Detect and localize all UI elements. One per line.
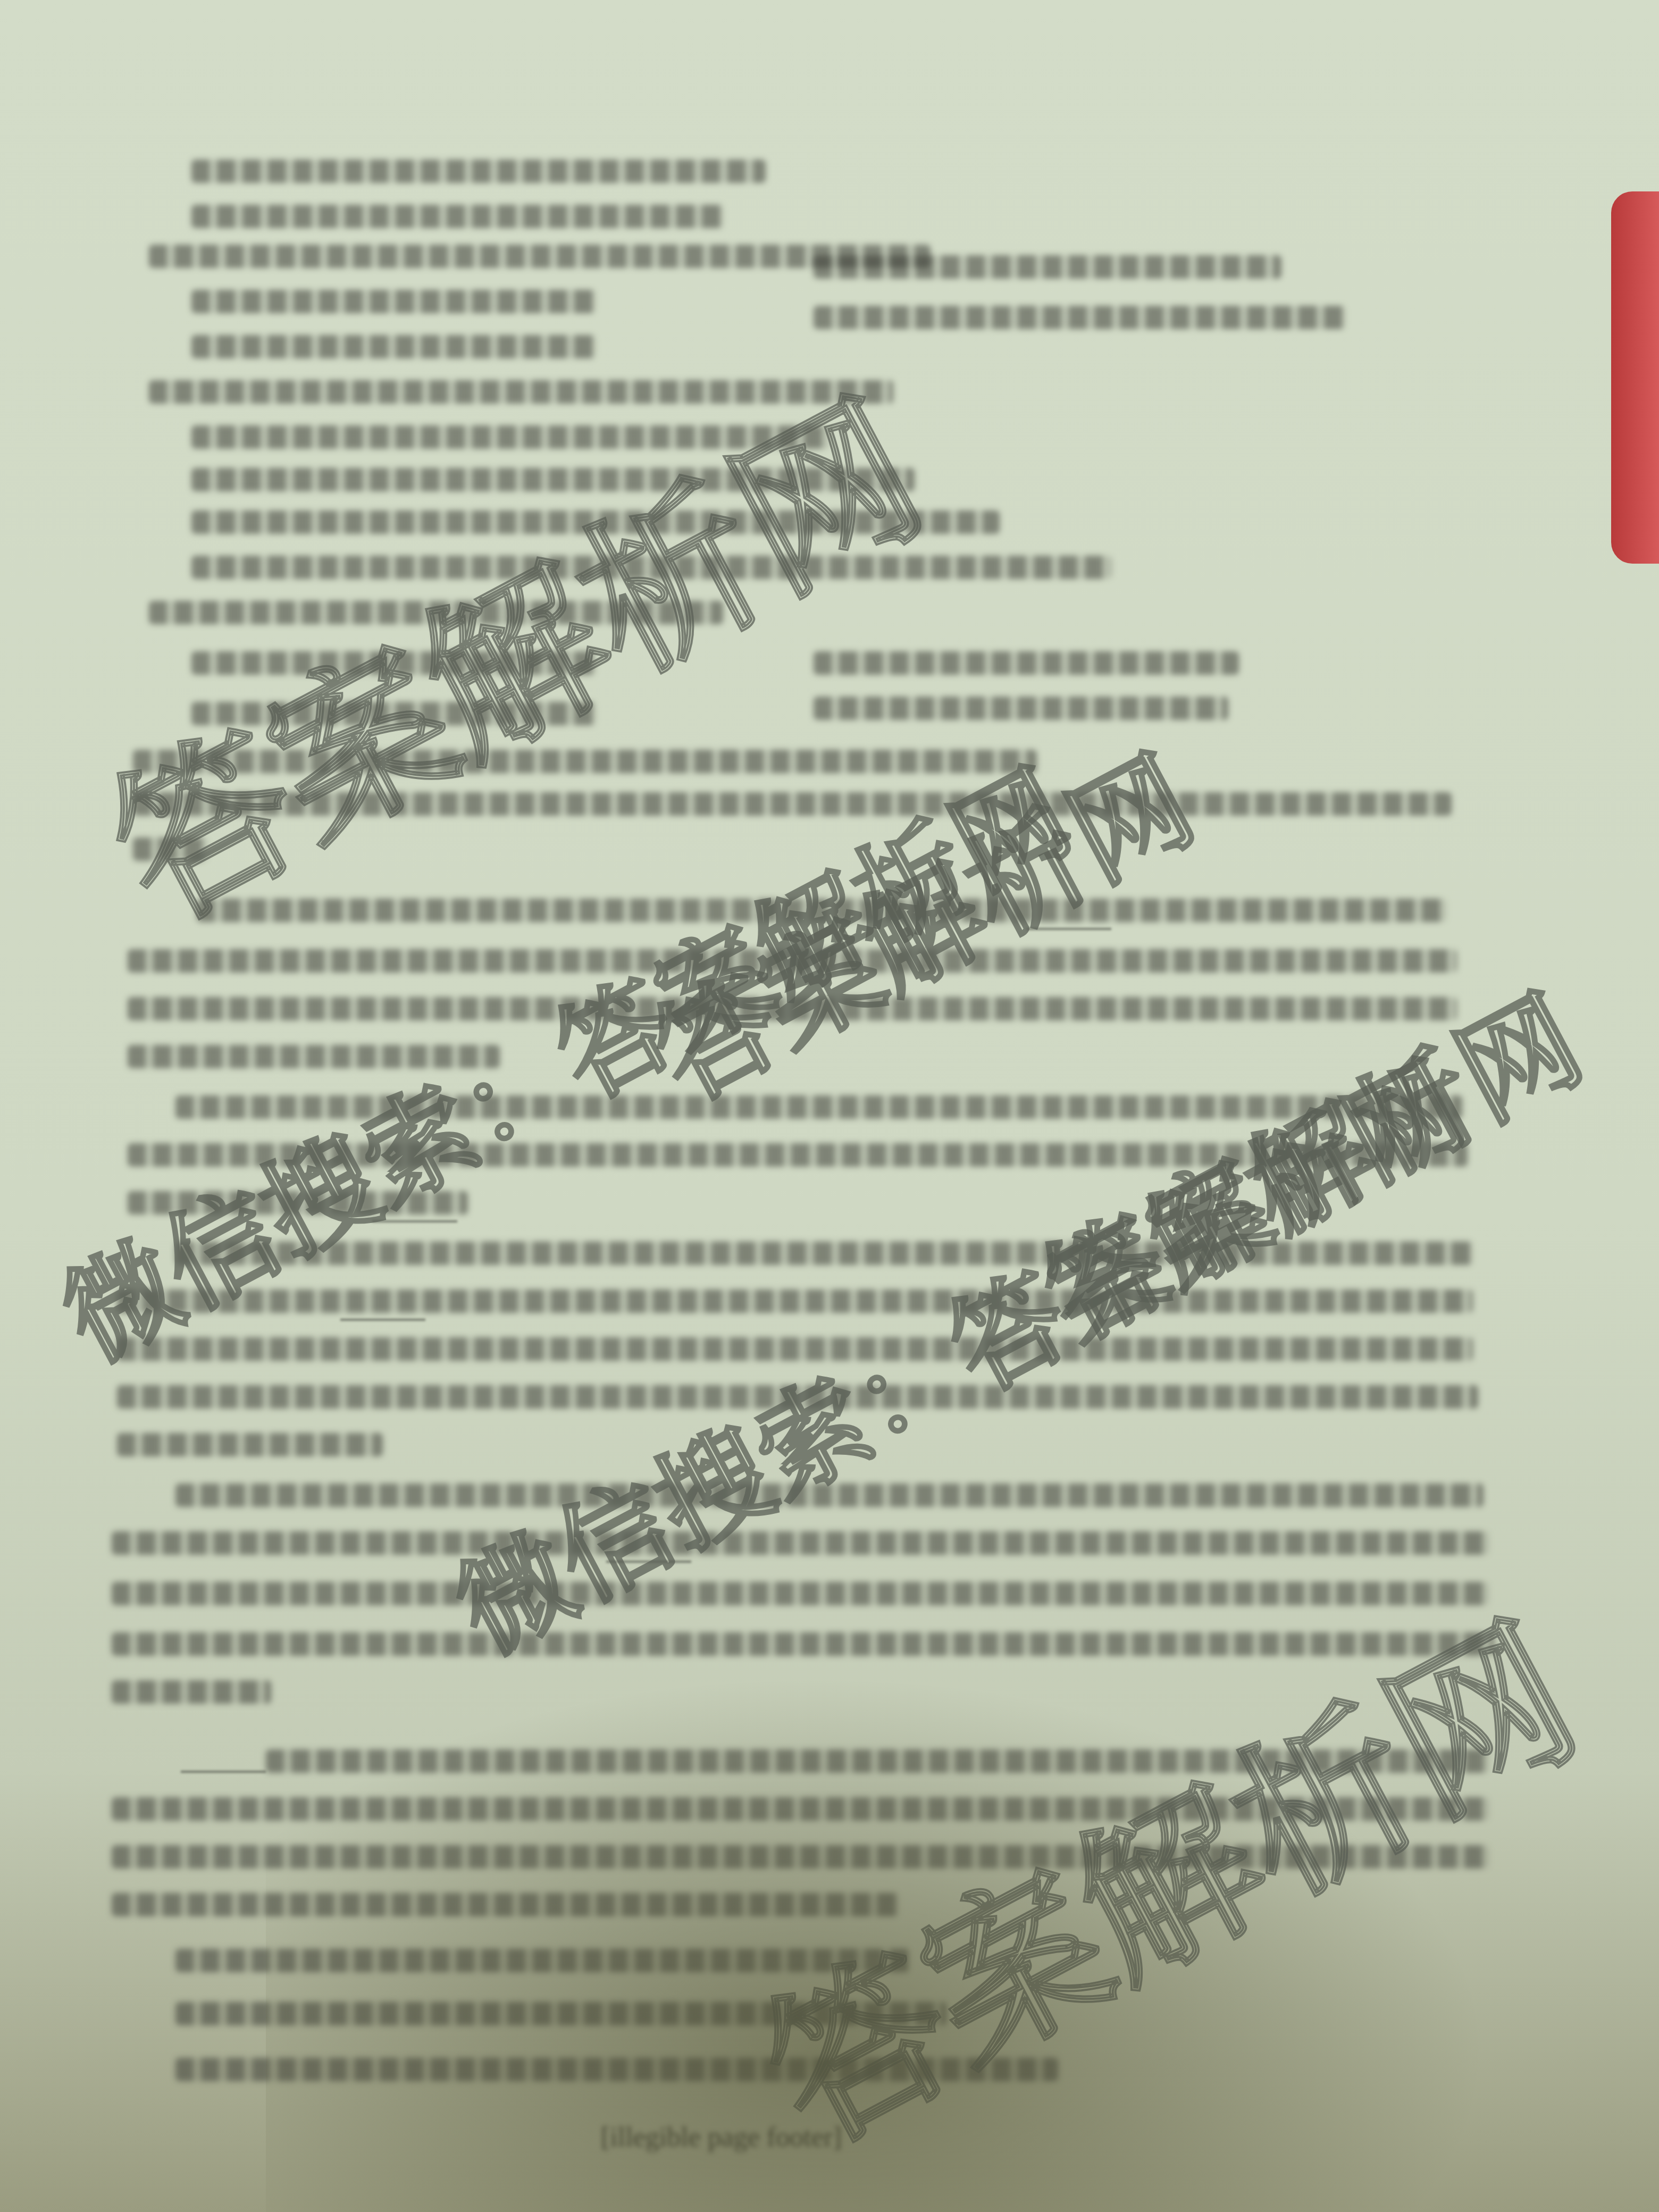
illegible-line (814, 651, 1239, 675)
illegible-line (112, 1582, 1489, 1605)
illegible-line (112, 1531, 1489, 1555)
illegible-line (191, 205, 723, 228)
illegible-line (814, 306, 1345, 329)
blank (181, 1771, 266, 1773)
illegible-line (191, 290, 596, 313)
illegible-line (191, 160, 766, 183)
illegible-line (814, 255, 1281, 279)
illegible-line (112, 1893, 899, 1916)
illegible-line (112, 1680, 271, 1704)
blank (340, 1319, 425, 1321)
illegible-line (117, 1289, 1473, 1313)
illegible-line (117, 1433, 383, 1456)
illegible-line (191, 335, 596, 358)
illegible-line (112, 1632, 1494, 1656)
exam-page: [illegible page footer] 答案解析网 微信搜索：答案解析网… (0, 0, 1659, 2212)
illegible-line (814, 697, 1228, 720)
binder-clip (1611, 191, 1659, 564)
